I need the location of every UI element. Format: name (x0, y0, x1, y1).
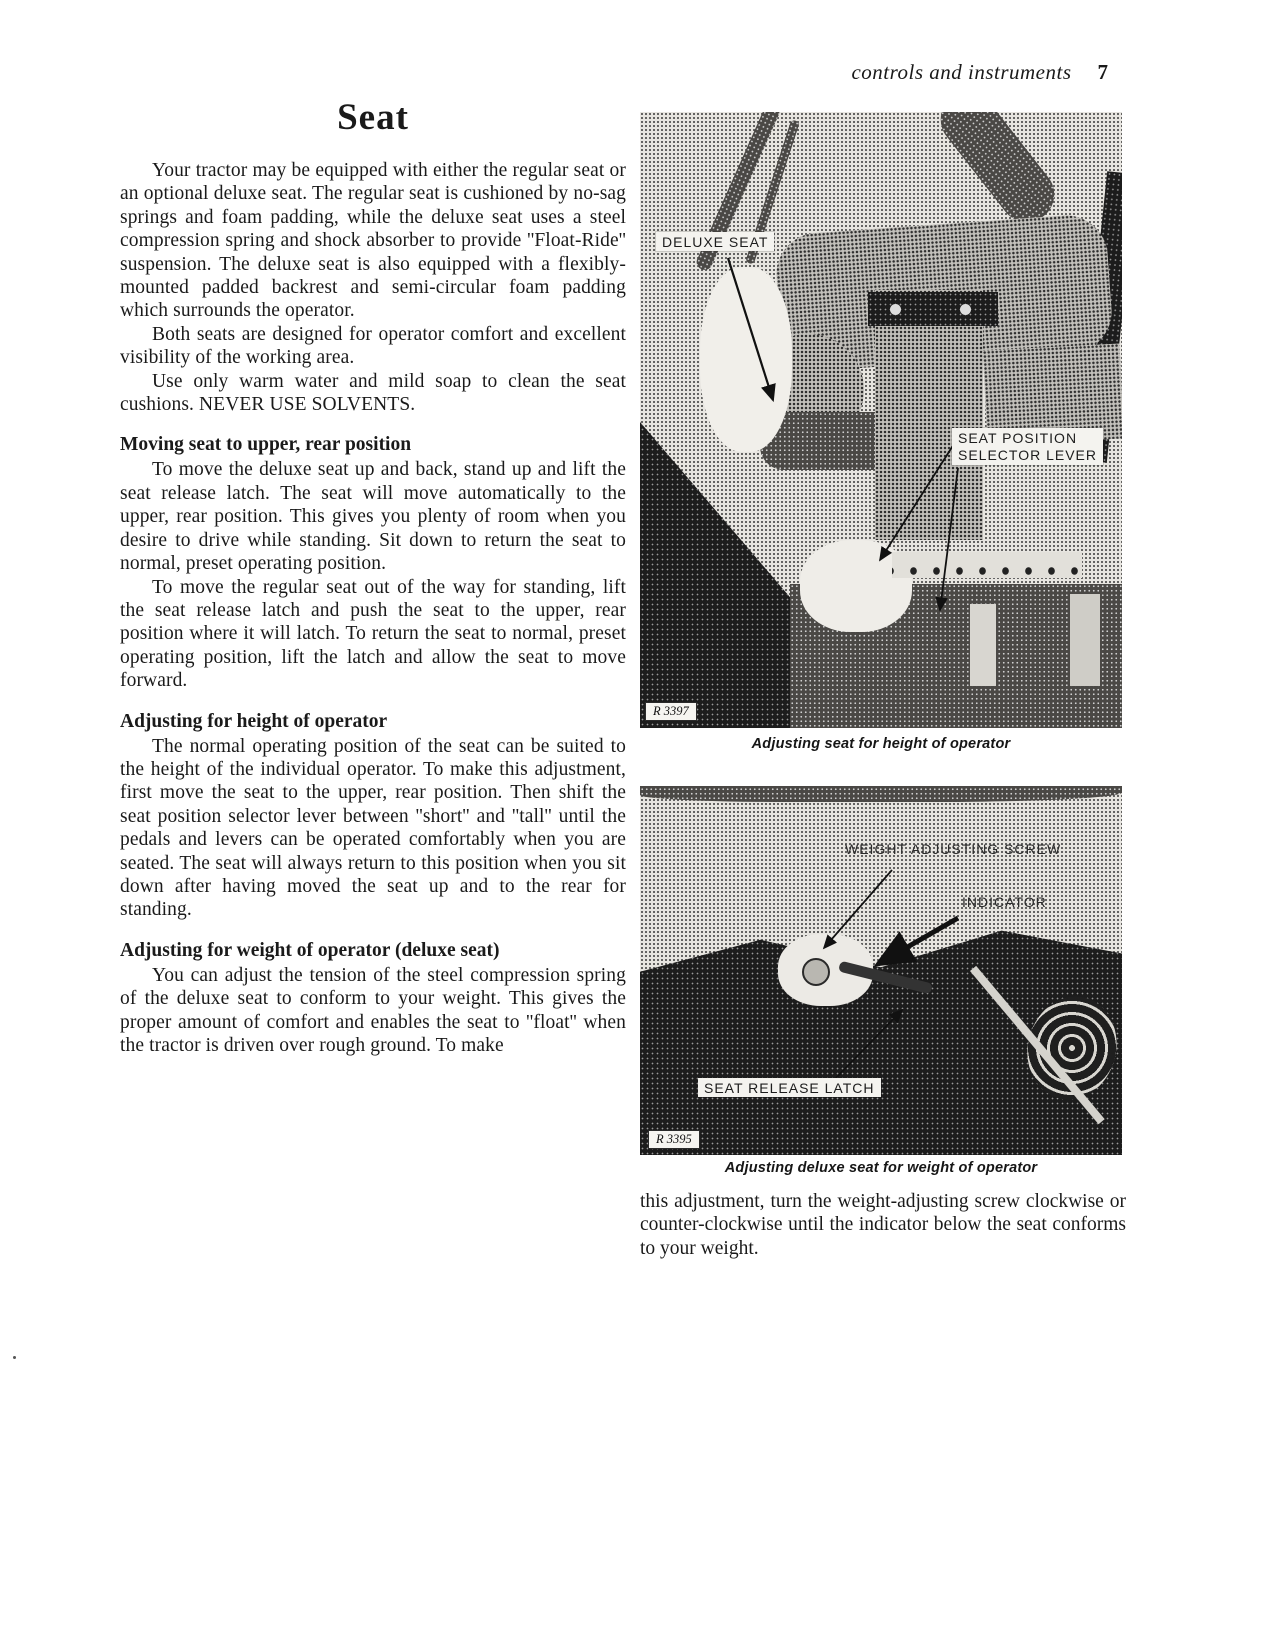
heading-height-adjust: Adjusting for height of operator (120, 710, 626, 733)
paragraph-weight-adjust: You can adjust the tension of the steel … (120, 964, 626, 1058)
paragraph-deluxe-move: To move the deluxe seat up and back, sta… (120, 458, 626, 575)
label-weight-adjusting-screw: WEIGHT ADJUSTING SCREW (845, 841, 1061, 857)
paragraph-cleaning: Use only warm water and mild soap to cle… (120, 370, 626, 417)
paragraph-intro: Your tractor may be equipped with either… (120, 159, 626, 323)
running-header: controls and instruments7 (640, 60, 1108, 85)
label-selector-lever: SELECTOR LEVER (958, 447, 1097, 464)
photo-id-r3397: R 3397 (645, 702, 697, 721)
label-seat-position: SEAT POSITION (958, 430, 1097, 447)
photo-bracket-shape (875, 290, 983, 540)
label-deluxe-seat: DELUXE SEAT (656, 232, 774, 251)
paragraph-comfort: Both seats are designed for operator com… (120, 323, 626, 370)
paragraph-height-adjust: The normal operating position of the sea… (120, 735, 626, 922)
photo-adjusting-screw-shape (802, 958, 830, 986)
photo-seat-edge-shape (640, 786, 1122, 802)
photo-id-r3395: R 3395 (648, 1130, 700, 1149)
paragraph-weight-continuation: this adjustment, turn the weight-adjusti… (640, 1190, 1126, 1260)
label-seat-release-latch: SEAT RELEASE LATCH (698, 1078, 881, 1097)
scan-speck (13, 1356, 16, 1359)
figure-seat-weight-photo: WEIGHT ADJUSTING SCREW INDICATOR SEAT RE… (640, 786, 1122, 1155)
page-number: 7 (1098, 60, 1109, 84)
photo-post-shape (970, 604, 996, 686)
section-title: controls and instruments (851, 60, 1071, 84)
figure-seat-height-photo: DELUXE SEAT SEAT POSITION SELECTOR LEVER… (640, 112, 1122, 728)
manual-page: controls and instruments7 Seat Your trac… (0, 0, 1275, 1650)
photo-bracket-bar-shape (868, 292, 998, 326)
photo-forearm-shape (700, 267, 792, 452)
article-title: Seat (120, 96, 626, 139)
heading-weight-adjust: Adjusting for weight of operator (deluxe… (120, 939, 626, 962)
heading-moving-seat: Moving seat to upper, rear position (120, 433, 626, 456)
photo-post-shape (1070, 594, 1100, 686)
left-column: Seat Your tractor may be equipped with e… (120, 96, 626, 1057)
photo-arm-shadow-shape (930, 112, 1066, 233)
label-indicator: INDICATOR (962, 894, 1047, 910)
photo-bolt-hole-shape (960, 304, 971, 315)
figure1-caption: Adjusting seat for height of operator (640, 736, 1122, 752)
figure2-caption: Adjusting deluxe seat for weight of oper… (640, 1160, 1122, 1176)
paragraph-regular-move: To move the regular seat out of the way … (120, 576, 626, 693)
photo-latch-rail-shape (892, 552, 1082, 578)
photo-bolt-hole-shape (890, 304, 901, 315)
